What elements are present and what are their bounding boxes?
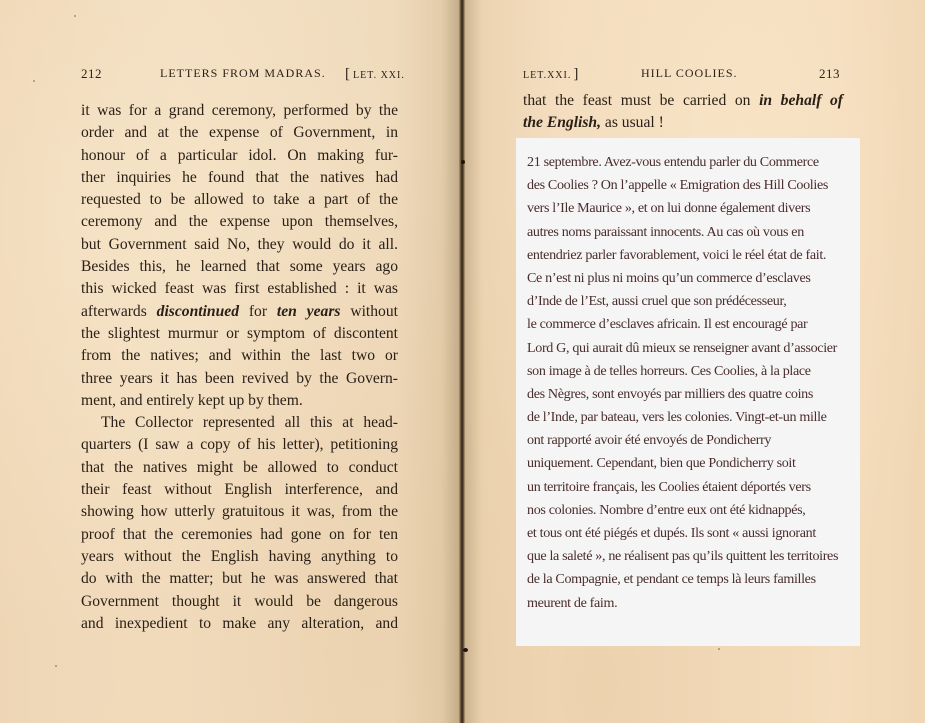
- left-running-title: LETTERS FROM MADRAS.: [160, 66, 326, 81]
- text-line: requested to be allowed to take a part o…: [81, 189, 398, 211]
- right-page-number: 213: [819, 66, 840, 82]
- text-line: from the natives; and within the last tw…: [81, 345, 398, 367]
- text-line: and inexpedient to make any alteration, …: [81, 613, 398, 635]
- translation-line: de l’Inde, par bateau, vers les colonies…: [527, 406, 853, 429]
- translation-line: de la Compagnie, et pendant ce temps là …: [527, 568, 853, 591]
- translation-text: 21 septembre. Avez-vous entendu parler d…: [527, 151, 853, 615]
- text-run: for: [249, 303, 267, 320]
- translation-line: meurent de faim.: [527, 592, 853, 615]
- text-line: showing how utterly gratuitous it was, f…: [81, 501, 398, 523]
- text-line: it was for a grand ceremony, performed b…: [81, 100, 398, 122]
- italic-run: discontinued: [157, 303, 239, 320]
- text-run: afterwards: [81, 303, 147, 320]
- translation-line: vers l’Ile Maurice », et on lui donne ég…: [527, 197, 853, 220]
- text-line: quarters (I saw a copy of his letter), p…: [81, 434, 398, 456]
- text-line: the slightest murmur or symptom of disco…: [81, 323, 398, 345]
- text-line: but Government said No, they would do it…: [81, 234, 398, 256]
- text-line: this wicked feast was first established …: [81, 278, 398, 300]
- translation-line: entendriez parler favorablement, voici l…: [527, 244, 853, 267]
- text-line: that the natives might be allowed to con…: [81, 457, 398, 479]
- spine-mark: [463, 648, 468, 652]
- paper-speck: [55, 665, 57, 667]
- text-line-with-italics: afterwards discontinued for ten years wi…: [81, 301, 398, 323]
- translation-line: que la saleté », ne réalisent pas qu’ils…: [527, 545, 853, 568]
- paper-speck: [74, 15, 76, 17]
- italic-run: ten years: [277, 303, 341, 320]
- translation-line: Lord G, qui aurait dû mieux se renseigne…: [527, 337, 853, 360]
- paper-speck: [33, 80, 35, 82]
- translation-line: d’Inde de l’Est, aussi cruel que son pré…: [527, 290, 853, 313]
- text-line: years without the English having anythin…: [81, 546, 398, 568]
- right-page-body: that the feast must be carried on in beh…: [523, 90, 843, 135]
- translation-line: et tous ont été piégés et dupés. Ils son…: [527, 522, 853, 545]
- translation-line: son image à de telles horreurs. Ces Cool…: [527, 360, 853, 383]
- right-letter-ref: LET.XXI.: [523, 66, 579, 83]
- italic-run: in behalf of: [759, 92, 843, 109]
- text-line: Besides this, he learned that some years…: [81, 256, 398, 278]
- translation-line: des Coolies ? On l’appelle « Emigration …: [527, 174, 853, 197]
- left-letter-ref: LET. XXI.: [345, 66, 405, 83]
- translation-line: nos colonies. Nombre d’entre eux ont été…: [527, 499, 853, 522]
- text-line: ceremony and the expense upon themselves…: [81, 211, 398, 233]
- translation-line: Ce n’est ni plus ni moins qu’un commerce…: [527, 267, 853, 290]
- book-spine-gutter: [459, 0, 465, 723]
- text-line: three years it has been revived by the G…: [81, 368, 398, 390]
- translation-overlay: 21 septembre. Avez-vous entendu parler d…: [516, 138, 860, 646]
- book-spread: 212 LETTERS FROM MADRAS. LET. XXI. LET.X…: [0, 0, 925, 723]
- text-line: Government thought it would be dangerous: [81, 591, 398, 613]
- text-line-paragraph-start: The Collector represented all this at he…: [81, 412, 398, 434]
- translation-line: uniquement. Cependant, bien que Pondiche…: [527, 452, 853, 475]
- text-line: ment, and entirely kept up by them.: [81, 390, 398, 412]
- text-line: order and at the expense of Government, …: [81, 122, 398, 144]
- text-line: do with the matter; but he was answered …: [81, 568, 398, 590]
- italic-run: the English,: [523, 114, 601, 131]
- translation-line: un territoire français, les Coolies étai…: [527, 476, 853, 499]
- translation-line: 21 septembre. Avez-vous entendu parler d…: [527, 151, 853, 174]
- left-page-body: it was for a grand ceremony, performed b…: [81, 100, 398, 635]
- text-line-with-italics: that the feast must be carried on in beh…: [523, 90, 843, 112]
- text-line: honour of a particular idol. On making f…: [81, 145, 398, 167]
- translation-line: autres noms paraissant innocents. Au cas…: [527, 221, 853, 244]
- text-run: without: [350, 303, 398, 320]
- translation-line: ont rapporté avoir été envoyés de Pondic…: [527, 429, 853, 452]
- translation-line: des Nègres, sont envoyés par milliers de…: [527, 383, 853, 406]
- text-run: as usual !: [605, 114, 664, 131]
- translation-line: le commerce d’esclaves africain. Il est …: [527, 313, 853, 336]
- text-line: proof that the ceremonies had gone on fo…: [81, 524, 398, 546]
- paper-speck: [718, 648, 720, 650]
- text-run: that the feast must be carried on: [523, 92, 750, 109]
- text-line-with-italics: the English, as usual !: [523, 112, 843, 134]
- right-running-title: HILL COOLIES.: [641, 66, 738, 81]
- spine-mark: [461, 160, 465, 164]
- left-page-number: 212: [81, 66, 102, 82]
- text-line: ther inquiries he found that the natives…: [81, 167, 398, 189]
- text-line: their feast without English interference…: [81, 479, 398, 501]
